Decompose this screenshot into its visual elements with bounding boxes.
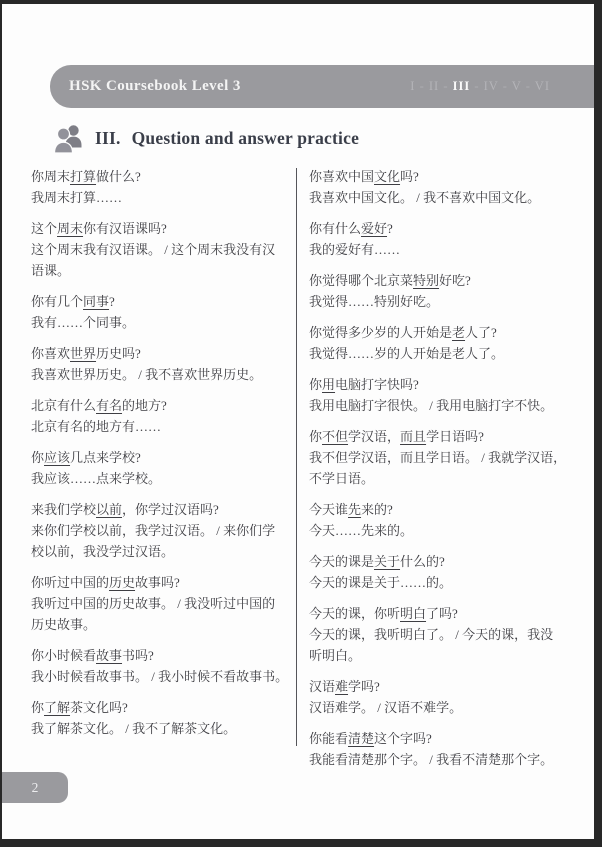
qa-pair: 你喜欢世界历史吗?我喜欢世界历史。 / 我不喜欢世界历史。 — [31, 343, 294, 385]
underlined-vocab: 先 — [348, 502, 361, 517]
text-segment: 几点来学校? — [70, 450, 141, 465]
answer-line: 今天的课，我听明白了。 / 今天的课，我没 听明白。 — [309, 624, 572, 666]
answer-line: 我用电脑打字很快。 / 我用电脑打字不快。 — [309, 395, 572, 416]
book-page-scan: HSK Coursebook Level 3 I - II - III - IV… — [0, 0, 602, 847]
text-segment: 今天……先来的。 — [309, 523, 413, 538]
question-line: 你有什么爱好? — [309, 218, 572, 239]
underlined-vocab: 故事 — [96, 648, 122, 663]
text-segment: ? — [387, 221, 393, 236]
qa-column-right: 你喜欢中国文化吗?我喜欢中国文化。 / 我不喜欢中国文化。你有什么爱好?我的爱好… — [309, 166, 572, 780]
level-separator: - — [439, 79, 452, 93]
underlined-vocab: 爱好 — [361, 221, 387, 236]
qa-pair: 你觉得哪个北京菜特别好吃?我觉得……特别好吃。 — [309, 270, 572, 312]
answer-line: 我了解茶文化。 / 我不了解茶文化。 — [31, 718, 294, 739]
qa-pair: 今天的课是关于什么的?今天的课是关于……的。 — [309, 551, 572, 593]
text-segment: 书吗? — [122, 648, 154, 663]
text-segment: 今天的课是关于……的。 — [309, 575, 452, 590]
text-segment: 你有什么 — [309, 221, 361, 236]
text-segment: 我觉得……特别好吃。 — [309, 294, 439, 309]
text-segment: 你 — [309, 377, 322, 392]
answer-line: 我喜欢中国文化。 / 我不喜欢中国文化。 — [309, 187, 572, 208]
underlined-vocab: 文化 — [374, 169, 400, 184]
text-segment: 我听过中国的历史故事。 / 我没听过中国的 历史故事。 — [31, 596, 275, 632]
text-segment: 今天的课，我听明白了。 / 今天的课，我没 听明白。 — [309, 627, 553, 663]
level-V: V — [512, 79, 522, 93]
underlined-vocab: 明白 — [400, 606, 426, 621]
underlined-vocab: 应该 — [44, 450, 70, 465]
text-segment: 我不但学汉语，而且学日语。 / 我就学汉语， 不学日语。 — [309, 450, 566, 486]
text-segment: 我周末打算…… — [31, 190, 122, 205]
qa-pair: 你喜欢中国文化吗?我喜欢中国文化。 / 我不喜欢中国文化。 — [309, 166, 572, 208]
text-segment: ? — [109, 294, 115, 309]
qa-pair: 你有什么爱好?我的爱好有…… — [309, 218, 572, 260]
answer-line: 我周末打算…… — [31, 187, 294, 208]
text-segment: 茶文化吗? — [70, 700, 128, 715]
underlined-vocab: 同事 — [83, 294, 109, 309]
text-segment: 你觉得多少岁的人开始是 — [309, 325, 452, 340]
answer-line: 我觉得……岁的人开始是老人了。 — [309, 343, 572, 364]
question-line: 你喜欢中国文化吗? — [309, 166, 572, 187]
text-segment: 你小时候看 — [31, 648, 96, 663]
qa-pair: 你了解茶文化吗?我了解茶文化。 / 我不了解茶文化。 — [31, 697, 294, 739]
underlined-vocab: 清楚 — [348, 731, 374, 746]
underlined-vocab: 以前 — [96, 502, 122, 517]
text-segment: 我应该……点来学校。 — [31, 471, 161, 486]
text-segment: 人了? — [465, 325, 497, 340]
page-number: 2 — [32, 780, 39, 796]
level-II: II — [429, 79, 439, 93]
answer-line: 我听过中国的历史故事。 / 我没听过中国的 历史故事。 — [31, 593, 294, 635]
answer-line: 今天……先来的。 — [309, 520, 572, 541]
question-line: 你不但学汉语，而且学日语吗? — [309, 426, 572, 447]
text-segment: 来你们学校以前，我学过汉语。 / 来你们学 校以前，我没学过汉语。 — [31, 523, 275, 559]
section-heading: III.Question and answer practice — [52, 120, 359, 156]
text-segment: 你 — [31, 700, 44, 715]
question-line: 今天的课，你听明白了吗? — [309, 603, 572, 624]
question-line: 你小时候看故事书吗? — [31, 645, 294, 666]
answer-line: 我觉得……特别好吃。 — [309, 291, 572, 312]
question-line: 你觉得哪个北京菜特别好吃? — [309, 270, 572, 291]
underlined-vocab: 世界 — [70, 346, 96, 361]
question-line: 你有几个同事? — [31, 291, 294, 312]
qa-pair: 汉语难学吗?汉语难学。 / 汉语不难学。 — [309, 676, 572, 718]
question-line: 汉语难学吗? — [309, 676, 572, 697]
page-number-tab: 2 — [2, 772, 68, 803]
qa-pair: 你觉得多少岁的人开始是老人了?我觉得……岁的人开始是老人了。 — [309, 322, 572, 364]
answer-line: 我喜欢世界历史。 / 我不喜欢世界历史。 — [31, 364, 294, 385]
qa-pair: 你周末打算做什么?我周末打算…… — [31, 166, 294, 208]
underlined-vocab: 有名 — [96, 398, 122, 413]
section-title-text: III.Question and answer practice — [95, 128, 359, 149]
text-segment: 你有几个 — [31, 294, 83, 309]
underlined-vocab: 难 — [335, 679, 348, 694]
answer-line: 汉语难学。 / 汉语不难学。 — [309, 697, 572, 718]
question-line: 你能看清楚这个字吗? — [309, 728, 572, 749]
qa-pair: 今天的课，你听明白了吗?今天的课，我听明白了。 / 今天的课，我没 听明白。 — [309, 603, 572, 666]
text-segment: 电脑打字快吗? — [335, 377, 419, 392]
text-segment: 好吃? — [439, 273, 471, 288]
text-segment: 今天的课，你听 — [309, 606, 400, 621]
qa-pair: 你有几个同事?我有……个同事。 — [31, 291, 294, 333]
question-line: 你了解茶文化吗? — [31, 697, 294, 718]
level-III: III — [453, 79, 471, 93]
question-line: 你听过中国的历史故事吗? — [31, 572, 294, 593]
text-segment: 这个 — [31, 221, 57, 236]
text-segment: 今天谁 — [309, 502, 348, 517]
qa-pair: 来我们学校以前，你学过汉语吗?来你们学校以前，我学过汉语。 / 来你们学 校以前… — [31, 499, 294, 562]
text-segment: 了吗? — [426, 606, 458, 621]
answer-line: 来你们学校以前，我学过汉语。 / 来你们学 校以前，我没学过汉语。 — [31, 520, 294, 562]
text-segment: 来我们学校 — [31, 502, 96, 517]
text-segment: 我能看清楚那个字。 / 我看不清楚那个字。 — [309, 752, 553, 767]
qa-pair: 你用电脑打字快吗?我用电脑打字很快。 / 我用电脑打字不快。 — [309, 374, 572, 416]
book-title: HSK Coursebook Level 3 — [69, 78, 241, 95]
underlined-vocab: 不但 — [322, 429, 348, 444]
level-IV: IV — [484, 79, 499, 93]
text-segment: 你喜欢中国 — [309, 169, 374, 184]
question-line: 北京有什么有名的地方? — [31, 395, 294, 416]
qa-pair: 这个周末你有汉语课吗?这个周末我有汉语课。 / 这个周末我没有汉 语课。 — [31, 218, 294, 281]
qa-column-left: 你周末打算做什么?我周末打算……这个周末你有汉语课吗?这个周末我有汉语课。 / … — [31, 166, 294, 749]
text-segment: 你 — [309, 429, 322, 444]
underlined-vocab: 打算 — [70, 169, 96, 184]
qa-pair: 北京有什么有名的地方?北京有名的地方有…… — [31, 395, 294, 437]
underlined-vocab: 关于 — [374, 554, 400, 569]
text-segment: 我喜欢世界历史。 / 我不喜欢世界历史。 — [31, 367, 262, 382]
text-segment: 吗? — [400, 169, 419, 184]
text-segment: 北京有什么 — [31, 398, 96, 413]
text-segment: 故事吗? — [135, 575, 180, 590]
qa-pair: 你能看清楚这个字吗?我能看清楚那个字。 / 我看不清楚那个字。 — [309, 728, 572, 770]
text-segment: 我了解茶文化。 / 我不了解茶文化。 — [31, 721, 236, 736]
answer-line: 北京有名的地方有…… — [31, 416, 294, 437]
text-segment: ，你学过汉语吗? — [122, 502, 219, 517]
underlined-vocab: 用 — [322, 377, 335, 392]
header-band: HSK Coursebook Level 3 I - II - III - IV… — [50, 65, 594, 108]
text-segment: 今天的课是 — [309, 554, 374, 569]
text-segment: 汉语难学。 / 汉语不难学。 — [309, 700, 462, 715]
text-segment: 什么的? — [400, 554, 445, 569]
text-segment: 学吗? — [348, 679, 380, 694]
text-segment: 做什么? — [96, 169, 141, 184]
section-title: Question and answer practice — [132, 128, 359, 148]
underlined-vocab: 特别 — [413, 273, 439, 288]
question-line: 这个周末你有汉语课吗? — [31, 218, 294, 239]
text-segment: 汉语 — [309, 679, 335, 694]
answer-line: 我应该……点来学校。 — [31, 468, 294, 489]
qa-pair: 你听过中国的历史故事吗?我听过中国的历史故事。 / 我没听过中国的 历史故事。 — [31, 572, 294, 635]
text-segment: 学日语吗? — [426, 429, 484, 444]
underlined-vocab: 周末 — [57, 221, 83, 236]
text-segment: 我小时候看故事书。 / 我小时候不看故事书。 — [31, 669, 288, 684]
level-separator: - — [522, 79, 535, 93]
text-segment: 我有……个同事。 — [31, 315, 135, 330]
answer-line: 我有……个同事。 — [31, 312, 294, 333]
page: HSK Coursebook Level 3 I - II - III - IV… — [2, 4, 594, 839]
text-segment: 我的爱好有…… — [309, 242, 400, 257]
answer-line: 我小时候看故事书。 / 我小时候不看故事书。 — [31, 666, 294, 687]
question-line: 你喜欢世界历史吗? — [31, 343, 294, 364]
level-separator: - — [499, 79, 512, 93]
people-group-icon — [52, 123, 86, 153]
answer-line: 我不但学汉语，而且学日语。 / 我就学汉语， 不学日语。 — [309, 447, 572, 489]
level-separator: - — [415, 79, 428, 93]
text-segment: 我喜欢中国文化。 / 我不喜欢中国文化。 — [309, 190, 540, 205]
text-segment: 的地方? — [122, 398, 167, 413]
text-segment: 你听过中国的 — [31, 575, 109, 590]
column-divider — [296, 168, 297, 746]
text-segment: 这个周末我有汉语课。 / 这个周末我没有汉 语课。 — [31, 242, 275, 278]
underlined-vocab: 了解 — [44, 700, 70, 715]
text-segment: 学汉语， — [348, 429, 400, 444]
text-segment: 北京有名的地方有…… — [31, 419, 161, 434]
qa-pair: 你应该几点来学校?我应该……点来学校。 — [31, 447, 294, 489]
question-line: 你觉得多少岁的人开始是老人了? — [309, 322, 572, 343]
text-segment: 历史吗? — [96, 346, 141, 361]
text-segment: 我用电脑打字很快。 / 我用电脑打字不快。 — [309, 398, 553, 413]
text-segment: 我觉得……岁的人开始是老人了。 — [309, 346, 504, 361]
text-segment: 这个字吗? — [374, 731, 432, 746]
level-separator: - — [470, 79, 483, 93]
question-line: 你周末打算做什么? — [31, 166, 294, 187]
text-segment: 你喜欢 — [31, 346, 70, 361]
text-segment: 你能看 — [309, 731, 348, 746]
section-numeral: III. — [95, 128, 121, 148]
level-nav: I - II - III - IV - V - VI — [410, 79, 550, 94]
answer-line: 今天的课是关于……的。 — [309, 572, 572, 593]
answer-line: 我的爱好有…… — [309, 239, 572, 260]
text-segment: 来的? — [361, 502, 393, 517]
text-segment: 你有汉语课吗? — [83, 221, 167, 236]
underlined-vocab: 老 — [452, 325, 465, 340]
question-line: 来我们学校以前，你学过汉语吗? — [31, 499, 294, 520]
text-segment: 你周末 — [31, 169, 70, 184]
underlined-vocab: 历史 — [109, 575, 135, 590]
text-segment: 你 — [31, 450, 44, 465]
answer-line: 我能看清楚那个字。 / 我看不清楚那个字。 — [309, 749, 572, 770]
underlined-vocab: 而且 — [400, 429, 426, 444]
qa-pair: 你不但学汉语，而且学日语吗?我不但学汉语，而且学日语。 / 我就学汉语， 不学日… — [309, 426, 572, 489]
question-line: 你应该几点来学校? — [31, 447, 294, 468]
level-VI: VI — [535, 79, 550, 93]
question-line: 今天谁先来的? — [309, 499, 572, 520]
answer-line: 这个周末我有汉语课。 / 这个周末我没有汉 语课。 — [31, 239, 294, 281]
question-line: 你用电脑打字快吗? — [309, 374, 572, 395]
text-segment: 你觉得哪个北京菜 — [309, 273, 413, 288]
qa-pair: 今天谁先来的?今天……先来的。 — [309, 499, 572, 541]
qa-pair: 你小时候看故事书吗?我小时候看故事书。 / 我小时候不看故事书。 — [31, 645, 294, 687]
question-line: 今天的课是关于什么的? — [309, 551, 572, 572]
